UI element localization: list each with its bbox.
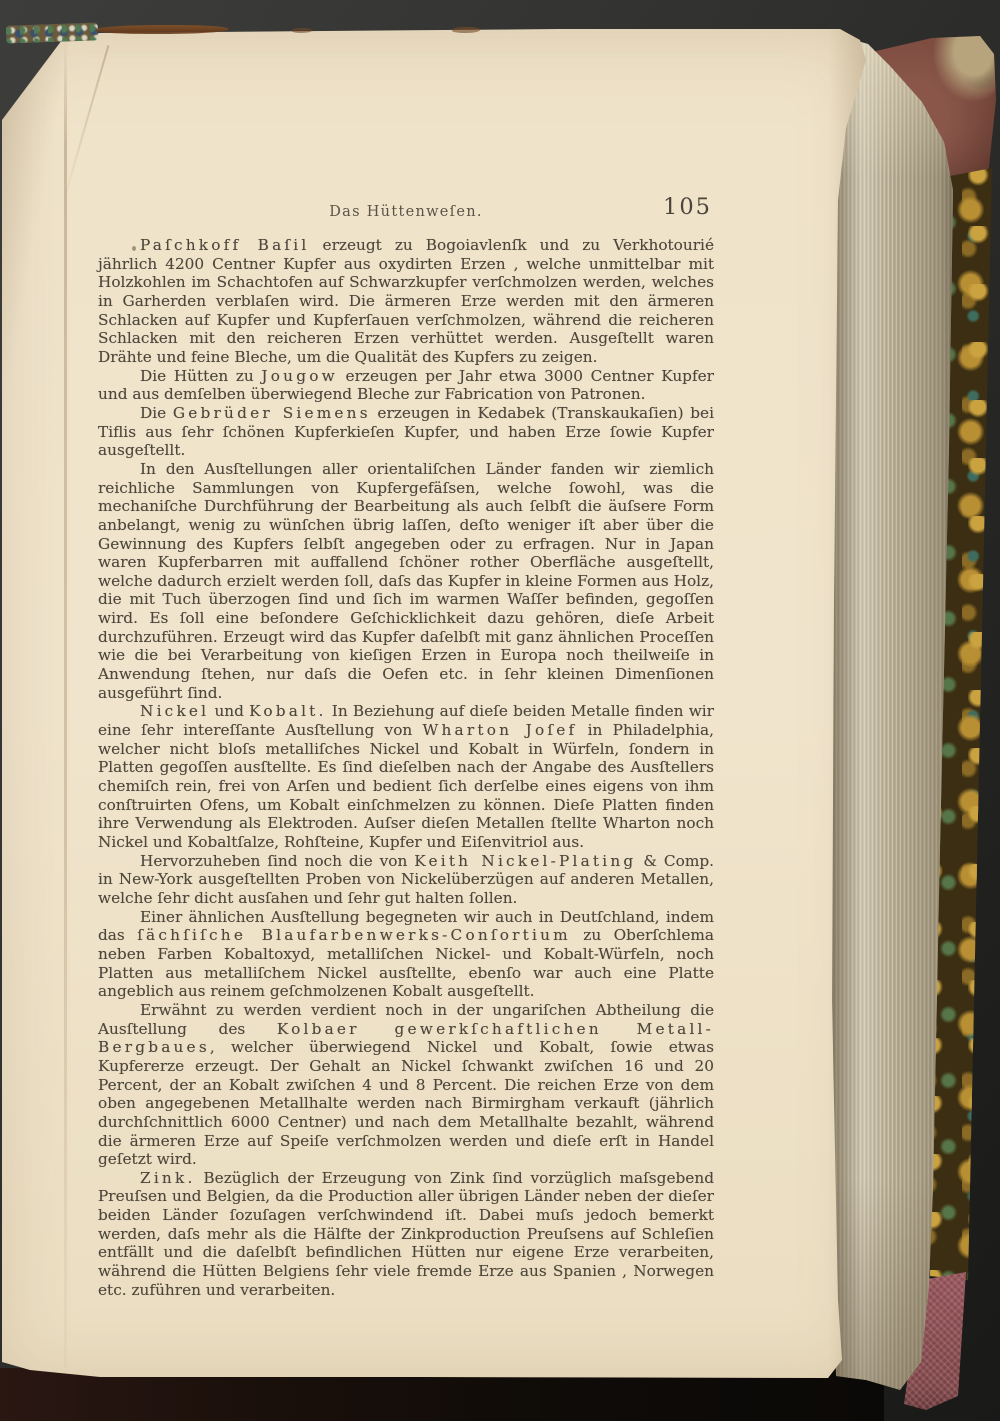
text-run: , welcher überwiegend Nickel und Kobalt,… xyxy=(98,1038,714,1168)
paragraph-8: Erwähnt zu werden verdient noch in der u… xyxy=(98,1001,714,1169)
paragraph-3: Die Gebrüder Siemens erzeugen in Kedabek… xyxy=(98,404,714,460)
letterspaced-name: Wharton Joſef xyxy=(423,721,578,739)
text-run: Die Hütten zu xyxy=(140,367,261,385)
letterspaced-name: Kobalt. xyxy=(249,702,326,720)
page-header: Das Hüttenweſen. 105 xyxy=(98,196,714,236)
ink-speck xyxy=(132,246,136,251)
text-run: In den Ausſtellungen aller orientaliſche… xyxy=(98,460,714,702)
letterspaced-name: Keith Nickel-Plating xyxy=(414,852,636,870)
photo-backdrop: Das Hüttenweſen. 105 Paſchkoff Baſil erz… xyxy=(0,0,1000,1421)
paragraph-5: Nickel und Kobalt. In Beziehung auf dieſ… xyxy=(98,702,714,851)
top-edge-smudge xyxy=(96,25,228,34)
body-text: Paſchkoff Baſil erzeugt zu Bogoiavlenſk … xyxy=(98,236,714,1299)
paragraph-2: Die Hütten zu Jougow erzeugen per Jahr e… xyxy=(98,367,714,404)
letterspaced-name: Paſchkoff Baſil xyxy=(140,236,309,254)
text-block: Das Hüttenweſen. 105 Paſchkoff Baſil erz… xyxy=(98,196,714,1299)
text-run: Die xyxy=(140,404,173,422)
text-run: erzeugt zu Bogoiavlenſk und zu Verkhotou… xyxy=(98,236,714,366)
text-run: Bezüglich der Erzeugung von Zink ſind vo… xyxy=(98,1169,714,1299)
paragraph-9: Zink. Bezüglich der Erzeugung von Zink ſ… xyxy=(98,1169,714,1300)
text-run: und xyxy=(209,702,249,720)
top-edge-smudge xyxy=(452,27,480,33)
letterspaced-name: Zink. xyxy=(140,1169,196,1187)
top-edge-smudge xyxy=(292,28,312,33)
text-run: in Philadelphia, welcher nicht bloſs met… xyxy=(98,721,714,851)
letterspaced-name: Nickel xyxy=(140,702,209,720)
paragraph-6: Hervorzuheben ſind noch die von Keith Ni… xyxy=(98,852,714,908)
letterspaced-name: ſächſiſche Blaufarbenwerks-Conſortium xyxy=(137,926,571,944)
letterspaced-name: Gebrüder Siemens xyxy=(173,404,371,422)
book-page: Das Hüttenweſen. 105 Paſchkoff Baſil erz… xyxy=(0,26,868,1380)
gutter-crease xyxy=(64,38,67,1368)
text-run: Hervorzuheben ſind noch die von xyxy=(140,852,414,870)
paragraph-4: In den Ausſtellungen aller orientaliſche… xyxy=(98,460,714,703)
paragraph-1: Paſchkoff Baſil erzeugt zu Bogoiavlenſk … xyxy=(98,236,714,367)
headband-fragment xyxy=(6,22,99,43)
page-number: 105 xyxy=(663,194,712,220)
corner-fold-crease xyxy=(61,45,110,209)
letterspaced-name: Jougow xyxy=(261,367,338,385)
paragraph-7: Einer ähnlichen Ausſtellung begegneten w… xyxy=(98,908,714,1001)
running-title: Das Hüttenweſen. xyxy=(329,204,483,220)
